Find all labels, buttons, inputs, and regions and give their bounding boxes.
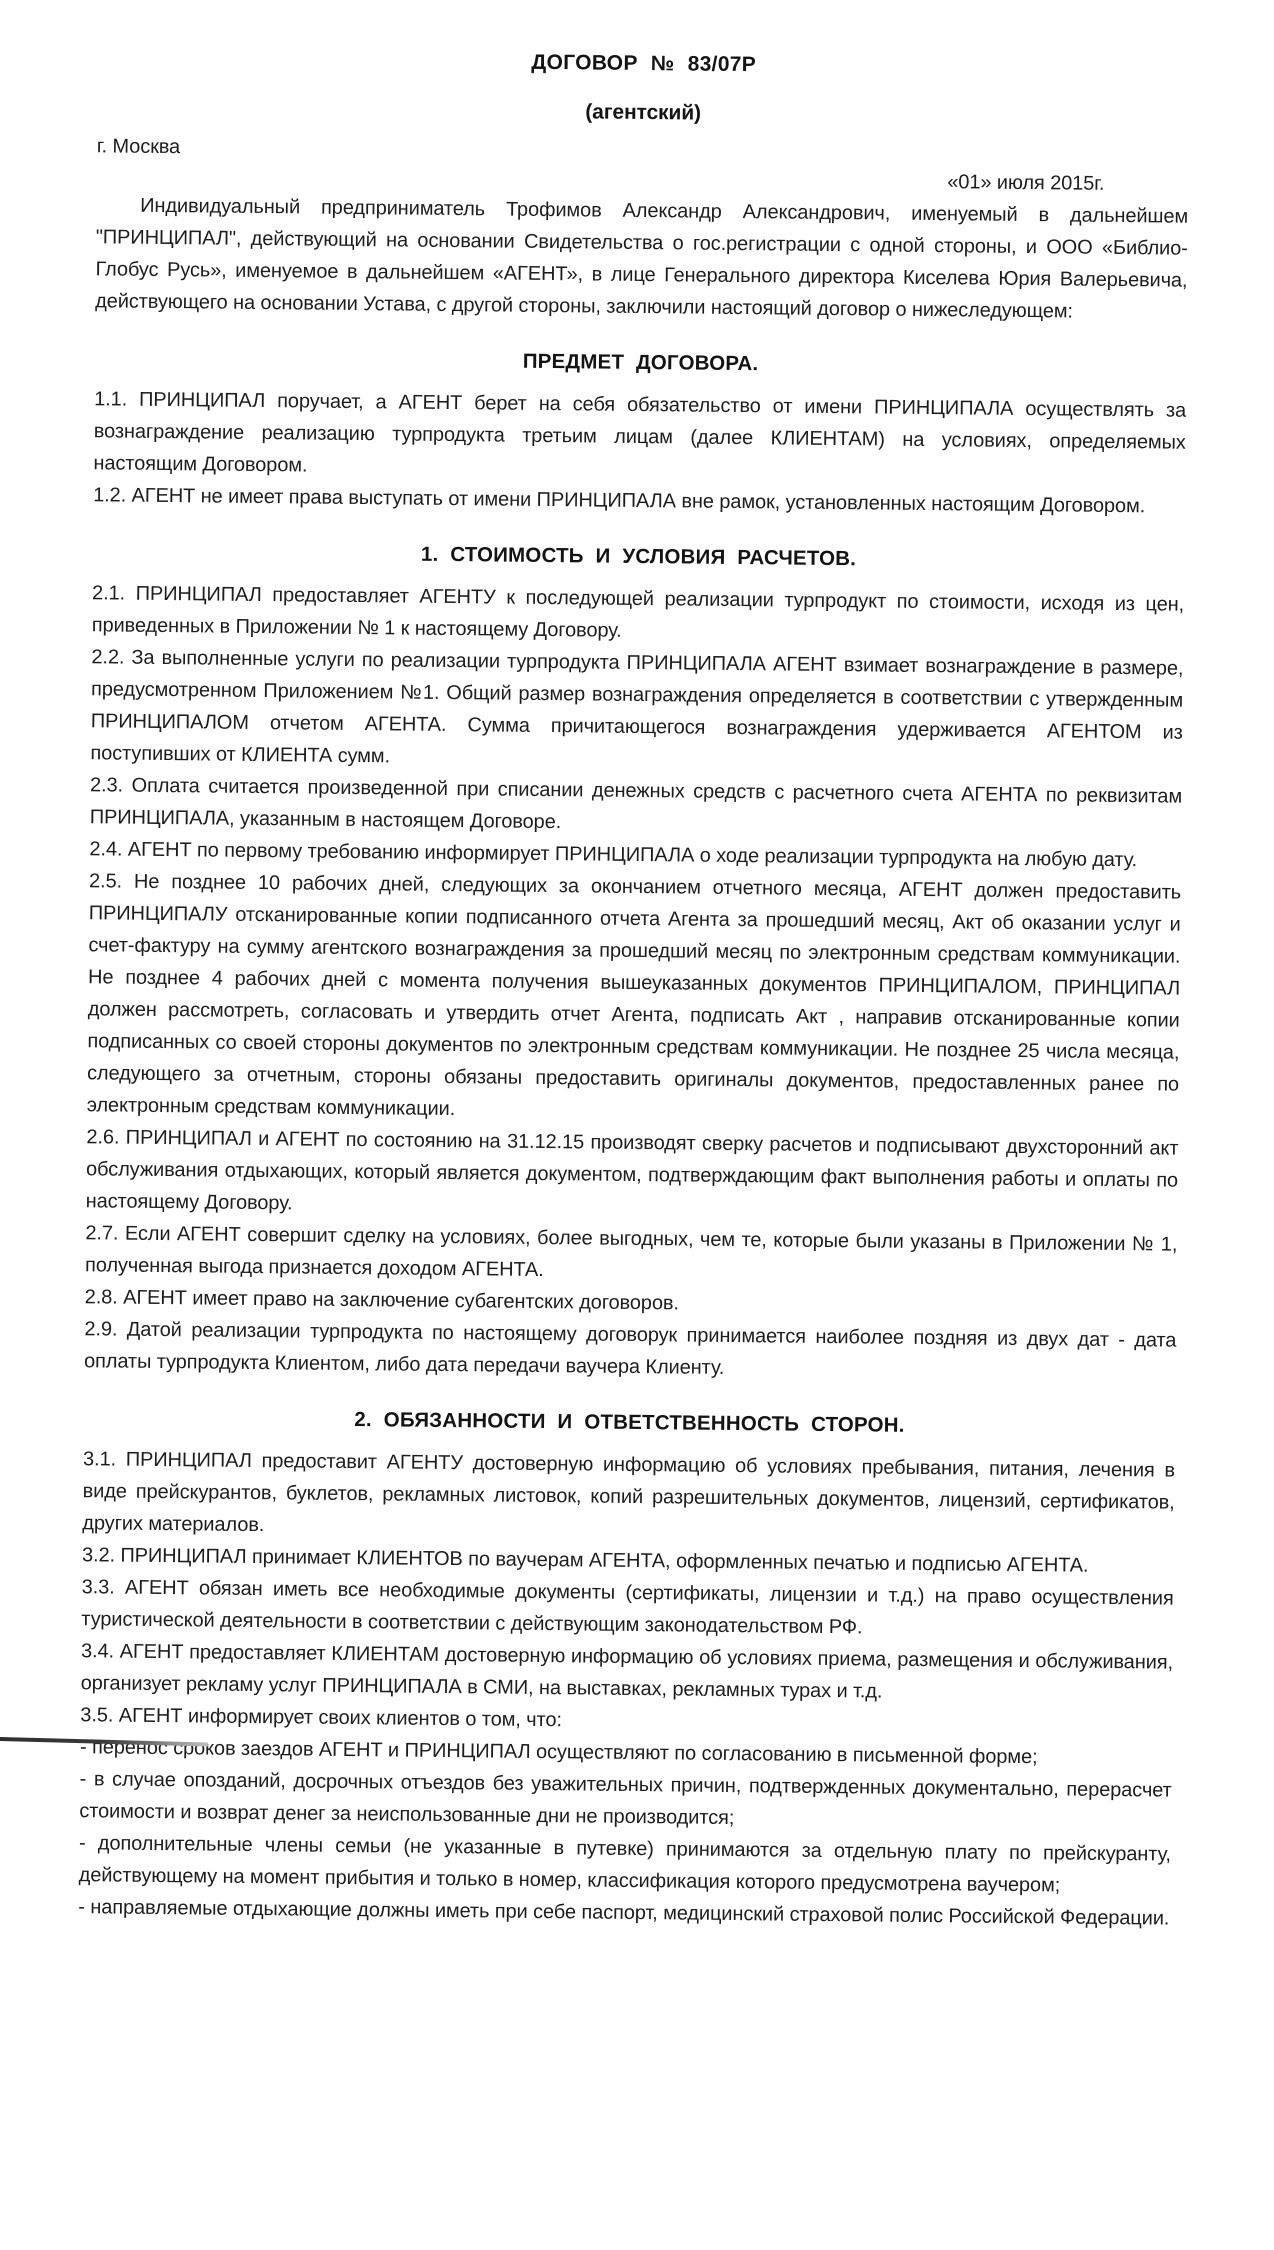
bullet-additional-family: - дополнительные члены семьи (не указанн… bbox=[79, 1827, 1172, 1902]
paragraph-1-1: 1.1. ПРИНЦИПАЛ поручает, а АГЕНТ берет н… bbox=[93, 383, 1186, 490]
paragraph-2-2: 2.2. За выполненные услуги по реализации… bbox=[90, 641, 1183, 780]
document-title: ДОГОВОР № 83/07Р bbox=[98, 42, 1190, 85]
paragraph-2-5: 2.5. Не позднее 10 рабочих дней, следующ… bbox=[87, 865, 1182, 1132]
section-heading-obligations: 2. ОБЯЗАННОСТИ И ОТВЕТСТВЕННОСТЬ СТОРОН. bbox=[83, 1401, 1175, 1444]
scanned-contract-page: ДОГОВОР № 83/07Р (агентский) г. Москва «… bbox=[0, 0, 1274, 2250]
paragraph-2-7: 2.7. Если АГЕНТ совершит сделку на услов… bbox=[85, 1217, 1178, 1292]
paragraph-2-1: 2.1. ПРИНЦИПАЛ предоставляет АГЕНТУ к по… bbox=[92, 577, 1185, 652]
contract-body: ДОГОВОР № 83/07Р (агентский) г. Москва «… bbox=[78, 28, 1190, 1934]
paragraph-2-9: 2.9. Датой реализации турпродукта по нас… bbox=[84, 1313, 1177, 1388]
paragraph-2-3: 2.3. Оплата считается произведенной при … bbox=[90, 769, 1183, 844]
bullet-late-arrival: - в случае опозданий, досрочных отъездов… bbox=[79, 1763, 1172, 1838]
preamble-paragraph: Индивидуальный предприниматель Трофимов … bbox=[95, 189, 1188, 328]
document-subtitle: (агентский) bbox=[97, 91, 1189, 134]
paragraph-3-3: 3.3. АГЕНТ обязан иметь все необходимые … bbox=[81, 1571, 1174, 1646]
paragraph-3-4: 3.4. АГЕНТ предоставляет КЛИЕНТАМ достов… bbox=[81, 1635, 1174, 1710]
section-heading-cost-terms: 1. СТОИМОСТЬ И УСЛОВИЯ РАСЧЕТОВ. bbox=[92, 535, 1184, 578]
paragraph-3-1: 3.1. ПРИНЦИПАЛ предоставит АГЕНТУ достов… bbox=[82, 1443, 1175, 1550]
section-heading-subject: ПРЕДМЕТ ДОГОВОРА. bbox=[94, 341, 1186, 384]
paragraph-2-6: 2.6. ПРИНЦИПАЛ и АГЕНТ по состоянию на 3… bbox=[86, 1121, 1179, 1228]
